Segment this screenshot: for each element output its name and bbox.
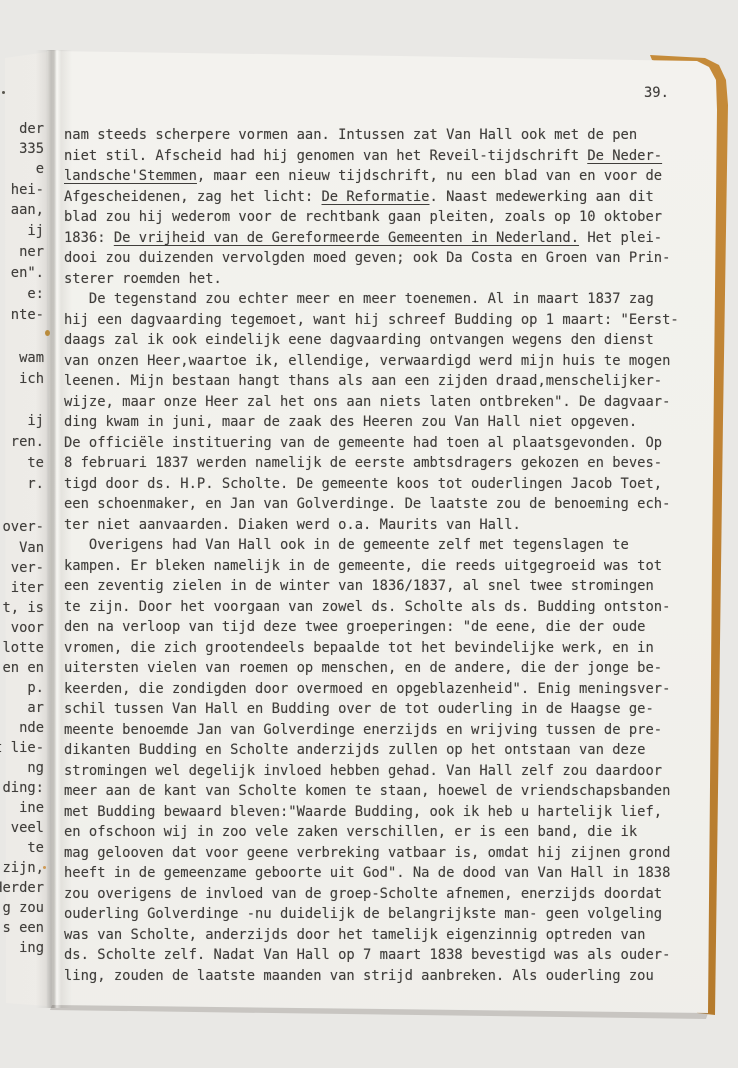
- text: meer aan de kant van Scholte komen te st…: [64, 783, 670, 799]
- text-line: mag gelooven dat voor geene verbreking v…: [64, 843, 670, 863]
- text: van onzen Heer,waartoe ik, ellendige, ve…: [64, 353, 670, 369]
- text-line: stromingen wel degelijk invloed hebben g…: [64, 761, 662, 781]
- text-line: De tegenstand zou echter meer en meer to…: [64, 289, 654, 309]
- text-line: was van Scholte, anderzijds door het tam…: [64, 925, 645, 945]
- text: De tegenstand zou echter meer en meer to…: [64, 291, 654, 307]
- text-line: dooi zou duizenden vervolgden moed geven…: [64, 248, 670, 268]
- text: was van Scholte, anderzijds door het tam…: [64, 927, 645, 943]
- text: met Budding bewaard bleven:"Waarde Buddi…: [64, 804, 662, 820]
- text: uitersten vielen van roemen op menschen,…: [64, 660, 662, 676]
- ink-speck: [2, 91, 5, 94]
- text: zou overigens de invloed van de groep-Sc…: [64, 886, 662, 902]
- text-line: een zeventig zielen in de winter van 183…: [64, 576, 654, 596]
- text: vromen, die zich grootendeels bepaalde t…: [64, 640, 654, 656]
- text: leenen. Mijn bestaan hangt thans als aan…: [64, 373, 662, 389]
- paper-speck: [43, 866, 46, 869]
- text-line: Afgescheidenen, zag het licht: De Reform…: [64, 187, 654, 207]
- text: tigd door ds. H.P. Scholte. De gemeente …: [64, 476, 662, 492]
- text: kampen. Er bleken namelijk in de gemeent…: [64, 558, 662, 574]
- text-line: meer aan de kant van Scholte komen te st…: [64, 781, 670, 801]
- text: dikanten Budding en Scholte anderzijds z…: [64, 742, 645, 758]
- text: keerden, die zondigden door overmoed en …: [64, 681, 670, 697]
- text: De officiële instituering van de gemeent…: [64, 435, 662, 451]
- text-line: sterer roemden het.: [64, 269, 222, 289]
- text-line: meente benoemde Jan van Golverdinge ener…: [64, 720, 662, 740]
- text: nam steeds scherpere vormen aan. Intusse…: [64, 127, 637, 143]
- text: Overigens had Van Hall ook in de gemeent…: [64, 537, 629, 553]
- text-line: van onzen Heer,waartoe ik, ellendige, ve…: [64, 351, 670, 371]
- text-line: landsche'Stemmen, maar een nieuw tijdsch…: [64, 166, 662, 186]
- text: ds. Scholte zelf. Nadat Van Hall op 7 ma…: [64, 947, 670, 963]
- text-line: vromen, die zich grootendeels bepaalde t…: [64, 638, 654, 658]
- text: Het plei-: [579, 230, 662, 246]
- underlined-text: landsche'Stemmen: [64, 168, 197, 184]
- book-scan: der335ehei-aan,ijneren".e:nte-wamichijre…: [0, 0, 738, 1068]
- text: ter niet aanvaarden. Diaken werd o.a. Ma…: [64, 517, 521, 533]
- text: meente benoemde Jan van Golverdinge ener…: [64, 722, 662, 738]
- text-line: zou overigens de invloed van de groep-Sc…: [64, 884, 662, 904]
- text-line: schil tussen Van Hall en Budding over de…: [64, 699, 654, 719]
- underlined-text: De vrijheid van de Gereformeerde Gemeent…: [114, 230, 579, 246]
- paper-speck: [45, 330, 50, 336]
- text-line: Overigens had Van Hall ook in de gemeent…: [64, 535, 629, 555]
- text: te zijn. Door het voorgaan van zowel ds.…: [64, 599, 670, 615]
- text: daags zal ik ook eindelijk eene dagvaard…: [64, 332, 654, 348]
- text-line: den na verloop van tijd deze twee groepe…: [64, 617, 645, 637]
- text-line: ouderling Golverdinge -nu duidelijk de b…: [64, 904, 662, 924]
- page-body-text: nam steeds scherpere vormen aan. Intusse…: [0, 0, 738, 1068]
- text-line: en ofschoon wij in zoo vele zaken versch…: [64, 822, 637, 842]
- text: ouderling Golverdinge -nu duidelijk de b…: [64, 906, 662, 922]
- text-line: daags zal ik ook eindelijk eene dagvaard…: [64, 330, 654, 350]
- text: ling, zouden de laatste maanden van stri…: [64, 968, 654, 984]
- text: heeft in de gemeenzame geboorte uit God"…: [64, 865, 670, 881]
- text: 8 februari 1837 werden namelijk de eerst…: [64, 455, 662, 471]
- underlined-text: De Neder-: [587, 148, 662, 164]
- text: sterer roemden het.: [64, 271, 222, 287]
- text-line: 8 februari 1837 werden namelijk de eerst…: [64, 453, 662, 473]
- text-line: leenen. Mijn bestaan hangt thans als aan…: [64, 371, 662, 391]
- text-line: te zijn. Door het voorgaan van zowel ds.…: [64, 597, 670, 617]
- text: Afgescheidenen, zag het licht:: [64, 189, 322, 205]
- text-line: keerden, die zondigden door overmoed en …: [64, 679, 670, 699]
- text: dooi zou duizenden vervolgden moed geven…: [64, 250, 670, 266]
- text-line: niet stil. Afscheid had hij genomen van …: [64, 146, 662, 166]
- text: , maar een nieuw tijdschrift, nu een bla…: [197, 168, 662, 184]
- text-line: heeft in de gemeenzame geboorte uit God"…: [64, 863, 670, 883]
- text-line: blad zou hij wederom voor de rechtbank g…: [64, 207, 662, 227]
- text-line: wijze, maar onze Heer zal het ons aan ni…: [64, 392, 670, 412]
- text-line: tigd door ds. H.P. Scholte. De gemeente …: [64, 474, 662, 494]
- text-line: dikanten Budding en Scholte anderzijds z…: [64, 740, 645, 760]
- text-line: een schoenmaker, en Jan van Golverdinge.…: [64, 494, 670, 514]
- text: stromingen wel degelijk invloed hebben g…: [64, 763, 662, 779]
- text-line: kampen. Er bleken namelijk in de gemeent…: [64, 556, 662, 576]
- text-line: hij een dagvaarding tegemoet, want hij s…: [64, 310, 679, 330]
- text: 1836:: [64, 230, 114, 246]
- text-line: 1836: De vrijheid van de Gereformeerde G…: [64, 228, 662, 248]
- text: wijze, maar onze Heer zal het ons aan ni…: [64, 394, 670, 410]
- text-line: ds. Scholte zelf. Nadat Van Hall op 7 ma…: [64, 945, 670, 965]
- text: en ofschoon wij in zoo vele zaken versch…: [64, 824, 637, 840]
- text: blad zou hij wederom voor de rechtbank g…: [64, 209, 662, 225]
- text-line: nam steeds scherpere vormen aan. Intusse…: [64, 125, 637, 145]
- text-line: uitersten vielen van roemen op menschen,…: [64, 658, 662, 678]
- text: ding kwam in juni, maar de zaak des Heer…: [64, 414, 637, 430]
- text: een zeventig zielen in de winter van 183…: [64, 578, 654, 594]
- text: . Naast medewerking aan dit: [429, 189, 653, 205]
- underlined-text: De Reformatie: [322, 189, 430, 205]
- text-line: ling, zouden de laatste maanden van stri…: [64, 966, 654, 986]
- text-line: ding kwam in juni, maar de zaak des Heer…: [64, 412, 637, 432]
- text: hij een dagvaarding tegemoet, want hij s…: [64, 312, 679, 328]
- text: mag gelooven dat voor geene verbreking v…: [64, 845, 670, 861]
- text: een schoenmaker, en Jan van Golverdinge.…: [64, 496, 670, 512]
- text-line: De officiële instituering van de gemeent…: [64, 433, 662, 453]
- text-line: met Budding bewaard bleven:"Waarde Buddi…: [64, 802, 662, 822]
- text: niet stil. Afscheid had hij genomen van …: [64, 148, 587, 164]
- text: den na verloop van tijd deze twee groepe…: [64, 619, 645, 635]
- text: schil tussen Van Hall en Budding over de…: [64, 701, 654, 717]
- text-line: ter niet aanvaarden. Diaken werd o.a. Ma…: [64, 515, 521, 535]
